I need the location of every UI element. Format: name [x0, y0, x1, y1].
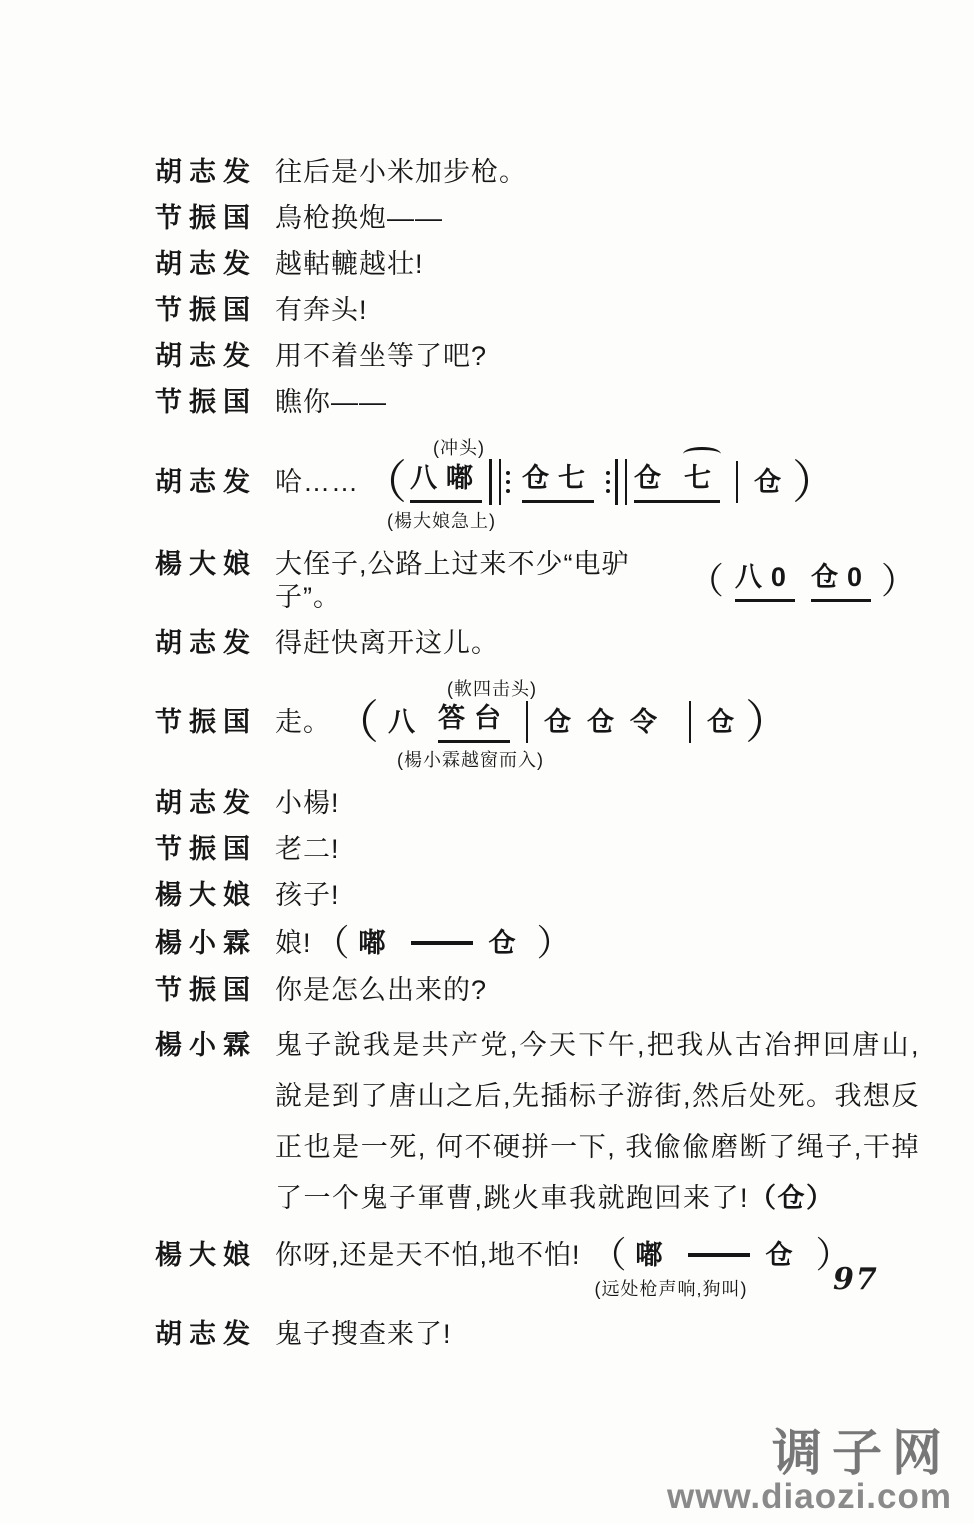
- dialogue-line: 节振国 你是怎么出来的?: [155, 974, 920, 1007]
- speaker-name: 胡志发: [155, 340, 275, 373]
- dialogue-text: 大侄子,公路上过来不少“电驴子”。: [275, 548, 686, 614]
- stage-direction: (楊小霖越窗而入): [397, 744, 544, 777]
- percussion-syllables: （仓）: [749, 1183, 835, 1213]
- speaker-name: 节振国: [155, 294, 275, 327]
- stage-direction: (楊大娘急上): [387, 505, 496, 538]
- percussion-syllable: 仓: [634, 463, 670, 493]
- open-paren: （: [314, 925, 351, 961]
- dialogue-text: 鳥枪换炮——: [275, 202, 443, 235]
- dialogue-line: 节振国 老二!: [155, 833, 920, 866]
- speaker-name: 楊大娘: [155, 1239, 275, 1272]
- percussion-syllables: 仓七: [634, 462, 720, 503]
- dialogue-line: 胡志发 往后是小米加步枪。: [155, 156, 920, 189]
- speaker-name: 胡志发: [155, 1318, 275, 1351]
- sustain-dash: [411, 941, 473, 945]
- close-paren: ）: [881, 563, 918, 599]
- dialogue-text: 瞧你——: [275, 386, 387, 419]
- percussion-syllables: 仓仓令: [544, 706, 673, 739]
- dialogue-text: 鬼子搜查来了!: [275, 1318, 452, 1351]
- dialogue-with-notation: 大侄子,公路上过来不少“电驴子”。 （ 八0 仓0 ）: [275, 548, 920, 614]
- speaker-name: 节振国: [155, 974, 275, 1007]
- dialogue-line: 胡志发 越軲轆越壮!: [155, 248, 920, 281]
- dialogue-line: 楊大娘 孩子!: [155, 879, 920, 912]
- dialogue-text: 越軲轆越壮!: [275, 248, 424, 281]
- speaker-name: 楊小霖: [155, 1020, 275, 1071]
- percussion-syllables: 仓七: [522, 462, 594, 503]
- percussion-syllables: 八嘟: [410, 462, 482, 503]
- dialogue-text: 你呀,还是天不怕,地不怕!: [275, 1239, 581, 1272]
- bar-line: [526, 701, 528, 743]
- dialogue-text: 娘!: [275, 927, 312, 960]
- percussion-syllables: 仓0: [811, 561, 871, 602]
- sustain-dash: [688, 1253, 750, 1257]
- percussion-syllables: 八: [388, 706, 424, 739]
- dialogue-line-with-notation: 楊小霖 娘! （ 嘟 仓 ）: [155, 925, 920, 961]
- percussion-syllables: 嘟: [359, 927, 395, 960]
- dialogue-line: 节振国 瞧你——: [155, 386, 920, 419]
- dialogue-line-with-notation: 楊大娘 你呀,还是天不怕,地不怕! （ 嘟 仓 ） (远处枪声响,狗叫): [155, 1237, 920, 1305]
- dialogue-text: 老二!: [275, 833, 340, 866]
- dialogue-text: 哈……: [275, 466, 359, 499]
- speaker-name: 胡志发: [155, 248, 275, 281]
- dialogue-with-notation: 你呀,还是天不怕,地不怕! （ 嘟 仓 ） (远处枪声响,狗叫): [275, 1237, 855, 1273]
- dialogue-text: 孩子!: [275, 879, 340, 912]
- speaker-name: 节振国: [155, 833, 275, 866]
- speaker-name: 胡志发: [155, 466, 275, 499]
- dialogue-text: 你是怎么出来的?: [275, 974, 487, 1007]
- percussion-syllables: 八0: [735, 561, 795, 602]
- dialogue-text: 小楊!: [275, 787, 340, 820]
- dialogue-line-with-notation: (軟四击头) (楊小霖越窗而入) 节振国 走。 （ 八 答台 仓仓令 仓 ）: [155, 673, 920, 777]
- percussion-syllables: 仓: [766, 1239, 802, 1272]
- tie-arc-syllable: 七: [684, 462, 720, 495]
- bar-line: [689, 701, 691, 743]
- dialogue-line: 胡志发 得赶快离开这儿。: [155, 627, 920, 660]
- dialogue-text: 往后是小米加步枪。: [275, 156, 527, 189]
- stage-direction: (远处枪声响,狗叫): [595, 1273, 748, 1306]
- script-content: 胡志发 往后是小米加步枪。 节振国 鳥枪换炮—— 胡志发 越軲轆越壮! 节振国 …: [155, 156, 920, 1364]
- bar-line: [736, 461, 738, 503]
- dialogue-text: 走。: [275, 706, 331, 739]
- dialogue-with-notation: 娘! （ 嘟 仓 ）: [275, 925, 576, 961]
- percussion-syllables: 嘟: [636, 1239, 672, 1272]
- speaker-name: 节振国: [155, 386, 275, 419]
- script-page: 胡志发 往后是小米加步枪。 节振国 鳥枪换炮—— 胡志发 越軲轆越壮! 节振国 …: [0, 0, 974, 1524]
- dialogue-line: 胡志发 小楊!: [155, 787, 920, 820]
- dialogue-text: 鬼子說我是共产党,今天下午,把我从古冶押回唐山,說是到了唐山之后,先插标子游街,…: [275, 1020, 920, 1224]
- dialogue-text: 得赶快离开这儿。: [275, 627, 499, 660]
- stage-direction: (軟四击头): [447, 673, 537, 706]
- speaker-name: 胡志发: [155, 627, 275, 660]
- stage-direction: (冲头): [433, 432, 485, 465]
- close-paren: ）: [792, 459, 839, 505]
- open-paren: （: [688, 563, 725, 599]
- dialogue-line-with-notation: (冲头) (楊大娘急上) 胡志发 哈…… （ 八嘟 仓七 仓七 仓 ）: [155, 432, 920, 538]
- open-paren: （: [591, 1237, 628, 1273]
- percussion-syllables: 答台: [438, 702, 510, 743]
- dialogue-text: 用不着坐等了吧?: [275, 340, 487, 373]
- dialogue-paragraph: 楊小霖 鬼子說我是共产党,今天下午,把我从古冶押回唐山,說是到了唐山之后,先插标…: [155, 1020, 920, 1224]
- repeat-start-sign: [489, 458, 515, 506]
- page-number: 97: [833, 1262, 879, 1297]
- dialogue-line: 胡志发 鬼子搜查来了!: [155, 1318, 920, 1351]
- speaker-name: 节振国: [155, 202, 275, 235]
- dialogue-line-with-notation: 楊大娘 大侄子,公路上过来不少“电驴子”。 （ 八0 仓0 ）: [155, 548, 920, 614]
- repeat-end-sign: [601, 458, 627, 506]
- speaker-name: 楊小霖: [155, 927, 275, 960]
- speaker-name: 节振国: [155, 706, 275, 739]
- open-paren: （: [361, 459, 408, 505]
- speaker-name: 楊大娘: [155, 879, 275, 912]
- percussion-notation: 哈…… （ 八嘟 仓七 仓七 仓 ）: [275, 458, 841, 506]
- dialogue-line: 节振国 有奔头!: [155, 294, 920, 327]
- close-paren: ）: [537, 925, 574, 961]
- watermark-url: www.diaozi.com: [667, 1479, 952, 1516]
- percussion-syllables: 仓: [707, 706, 743, 739]
- speaker-name: 胡志发: [155, 787, 275, 820]
- speaker-name: 楊大娘: [155, 548, 275, 581]
- speaker-name: 胡志发: [155, 156, 275, 189]
- open-paren: （: [333, 699, 380, 745]
- close-paren: ）: [745, 699, 792, 745]
- percussion-syllables: 仓: [489, 927, 525, 960]
- watermark-site-name: 调子网: [667, 1427, 952, 1480]
- dialogue-text: 有奔头!: [275, 294, 368, 327]
- dialogue-line: 胡志发 用不着坐等了吧?: [155, 340, 920, 373]
- dialogue-line: 节振国 鳥枪换炮——: [155, 202, 920, 235]
- percussion-syllables: 仓: [754, 466, 790, 499]
- watermark: 调子网 www.diaozi.com: [667, 1427, 952, 1516]
